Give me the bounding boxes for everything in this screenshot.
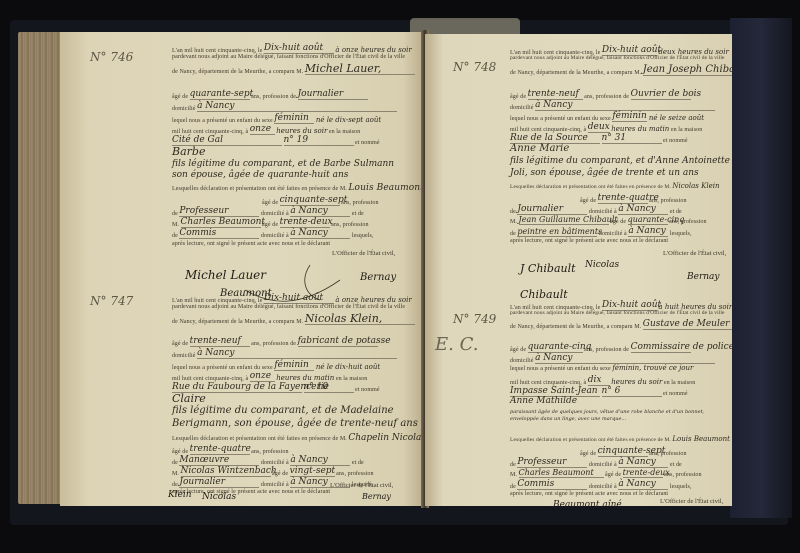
child-name: Claire <box>172 392 206 405</box>
printed-text: de <box>172 460 178 466</box>
officer-label: L'Officier de l'État civil, <box>663 250 726 257</box>
parents-line: son épouse, âgée de quarante-huit ans <box>172 170 348 180</box>
birth-hour: dix <box>588 376 610 386</box>
page-stack-edge <box>18 32 62 504</box>
act-entry-748: L'an mil huit cent cinquante-cinq, le Di… <box>510 46 732 256</box>
witness2-name: Nicolas Wintzenbach <box>181 467 271 477</box>
printed-text: M. <box>510 219 517 225</box>
officer-signature: Bernay <box>360 272 396 283</box>
printed-text: de <box>510 484 516 490</box>
printed-text: âgé de <box>262 222 278 228</box>
printed-text: en la maison <box>671 127 703 133</box>
printed-text: de <box>172 482 178 488</box>
printed-text: et de <box>352 460 364 466</box>
right-page: N° 748 L'an mil huit cent cinquante-cinq… <box>425 34 732 506</box>
printed-text: de Nancy, département de la Meurthe, a c… <box>172 69 303 75</box>
birth-date: né le seize août <box>649 114 704 122</box>
printed-text: domicilié à <box>589 484 617 490</box>
witness1-profession: Professeur <box>517 458 587 468</box>
birth-hour: onze <box>250 372 275 382</box>
parents-line: Joli, son épouse, âgée de trente et un a… <box>510 168 699 178</box>
left-page: N° 746 L'an mil huit cent cinquante-cinq… <box>60 32 425 506</box>
house-number: n° 10 <box>304 383 354 393</box>
printed-text: âgé de <box>172 94 188 100</box>
witness1-profession: Professeur <box>179 207 259 217</box>
officer-signature: Bernay <box>687 272 720 282</box>
act-entry-747: L'an mil huit cent cinquante-cinq, le Di… <box>172 294 422 494</box>
printed-text: Lesquelles déclaration et présentation o… <box>172 436 347 442</box>
printed-text: domicilié à <box>599 231 627 237</box>
declarant-age: trente-neuf <box>528 90 583 100</box>
signature: Klein <box>168 490 192 500</box>
printed-text: Lesquelles déclaration et présentation o… <box>510 437 671 443</box>
printed-text: ans, profession <box>336 471 374 477</box>
printed-text: ans, profession <box>341 200 379 206</box>
witness1-domicile: à Nancy <box>618 458 668 468</box>
margin-note: E. C. <box>435 334 478 355</box>
declarant-domicile: à Nancy <box>197 349 397 359</box>
declarant-domicile: à Nancy <box>197 102 397 112</box>
birth-hours-of: heures du soir <box>611 378 662 386</box>
declarant-domicile: à Nancy <box>535 354 715 364</box>
declarant-profession: Journalier <box>298 90 368 100</box>
printed-text: et nommé <box>355 140 380 146</box>
witness2-age: trente-deux <box>623 469 663 478</box>
parents-line: fils légitime du comparant, et de Barbe … <box>172 159 394 169</box>
act-entry-749: L'an mil huit cent cinquante-cinq, le Di… <box>510 301 732 506</box>
officer-label: L'Officier de l'État civil, <box>330 482 393 489</box>
witness1-domicile: à Nancy <box>290 207 350 217</box>
printed-text: de Nancy, département de la Meurthe, a c… <box>172 319 303 325</box>
witness2-name: Charles Beaumont <box>181 218 261 228</box>
witness2-profession: Journalier <box>179 478 259 488</box>
printed-text: ans, profession de <box>251 94 296 100</box>
house-number: n° 19 <box>284 136 354 146</box>
printed-text: ans, profession de <box>584 347 629 353</box>
birth-date: né le dix-huit août <box>316 363 380 371</box>
witness2-domicile: à Nancy <box>628 227 668 237</box>
witness1-age: cinquante-sept <box>598 447 648 457</box>
witness1-name: Chapelin Nicolas <box>348 433 425 443</box>
declarant-age: trente-neuf <box>190 337 250 347</box>
printed-text: lesquels, <box>670 231 692 237</box>
closing-text: après lecture, ont signé le présent acte… <box>510 491 668 497</box>
printed-text: de <box>510 209 516 215</box>
signature: Beaumont aîné <box>553 500 622 506</box>
child-name: Anne Marie <box>510 143 569 154</box>
printed-text: âgé de <box>510 94 526 100</box>
signature: Nicolas <box>585 260 619 270</box>
witness2-age: vingt-sept <box>290 467 335 477</box>
printed-text: pardevant nous adjoint au Maire délégué,… <box>172 304 405 310</box>
printed-text: âgé de <box>510 347 526 353</box>
printed-text: domicilié <box>172 353 196 359</box>
printed-text: âgé de <box>610 219 626 225</box>
printed-text: en la maison <box>329 129 361 135</box>
parents-line: fils légitime du comparant, et de Madela… <box>172 405 394 416</box>
child-sex: féminin <box>274 114 314 124</box>
act-entry-746: L'an mil huit cent cinquante-cinq, le Di… <box>172 44 422 254</box>
birth-hours-of: heures du matin <box>611 125 669 133</box>
birth-hours-of: heures du soir <box>276 127 327 135</box>
printed-text: domicilié <box>172 106 196 112</box>
printed-text: âgé de <box>172 341 188 347</box>
witness2-profession: Commis <box>517 480 587 490</box>
witness1-profession: Manœuvre <box>179 456 259 466</box>
signature: J Chibault <box>520 262 576 275</box>
witness2-profession: Commis <box>179 229 259 239</box>
printed-text: ans, profession <box>669 219 707 225</box>
printed-text: Lesquelles déclaration et présentation o… <box>172 186 347 192</box>
printed-text: et de <box>670 462 682 468</box>
printed-text: et nommé <box>355 387 380 393</box>
printed-text: domicilié <box>510 105 534 111</box>
declarant-age: quarante-sept <box>190 90 250 100</box>
book-cover-edge <box>730 18 792 518</box>
declarant-name: Gustave de Meuler <box>643 320 732 330</box>
printed-text: de Nancy, département de la Meurthe, a c… <box>510 70 641 76</box>
printed-text: ans, profession <box>331 222 369 228</box>
printed-text: ans, profession de <box>584 94 629 100</box>
officer-label: L'Officier de l'État civil, <box>332 250 395 257</box>
printed-text: ans, profession <box>664 472 702 478</box>
witness1-age: cinquante-sept <box>280 196 340 206</box>
act-number: N° 748 <box>453 60 496 74</box>
child-sex: féminin, trouvé ce jour <box>612 364 693 372</box>
printed-text: Lesquelles déclaration et présentation o… <box>510 184 671 190</box>
printed-text: de Nancy, département de la Meurthe, a c… <box>510 324 641 330</box>
signature: Nicolas <box>202 492 236 502</box>
act-number: N° 747 <box>90 294 133 308</box>
witness2-profession: peintre en bâtiments <box>517 228 597 237</box>
act-number: N° 746 <box>90 50 133 64</box>
house-number: n° 6 <box>602 387 662 397</box>
printed-text: de <box>510 231 516 237</box>
printed-text: domicilié <box>510 358 534 364</box>
printed-text: de <box>172 211 178 217</box>
parents-line: Berigmann, son épouse, âgée de trente-ne… <box>172 418 418 429</box>
closing-text: après lecture, ont signé le présent acte… <box>510 238 668 244</box>
printed-text: M. <box>172 222 179 228</box>
witness2-name: Jean Guillaume Chibault <box>519 216 609 225</box>
printed-text: âgé de <box>580 198 596 204</box>
closing-text: après lecture, ont signé le présent acte… <box>172 241 330 247</box>
officer-signature: Bernay <box>362 492 391 501</box>
printed-text: pardevant nous adjoint au Maire délégué,… <box>172 54 405 60</box>
child-sex: féminin <box>612 112 647 122</box>
printed-text: pardevant nous adjoint au Maire délégué,… <box>510 56 725 62</box>
signature: Chibault <box>520 288 568 301</box>
declarant-profession: fabricant de potasse <box>298 337 378 347</box>
witness2-name: Charles Beaumont <box>519 469 604 478</box>
witness1-name: Louis Beaumont <box>672 435 730 443</box>
witness2-domicile: à Nancy <box>290 229 350 239</box>
witness1-age: trente-quatre <box>598 194 648 204</box>
declarant-profession: Commissaire de police <box>631 343 691 353</box>
witness2-age: quarante-cinq <box>628 216 668 225</box>
printed-text: M. <box>510 472 517 478</box>
printed-text: en la maison <box>664 380 696 386</box>
handwritten-date: Dix-huit août <box>264 44 334 54</box>
house-number: n° 31 <box>602 134 662 144</box>
witness1-domicile: à Nancy <box>290 456 350 466</box>
birth-hour: deux <box>588 123 610 133</box>
witness1-name: Nicolas Klein <box>672 182 719 190</box>
printed-text: lesquels, <box>670 484 692 490</box>
birth-date: né le dix-sept août <box>316 116 381 124</box>
birth-hours-of: heures du matin <box>276 374 334 382</box>
printed-text: M. <box>172 471 179 477</box>
declarant-name: Michel Lauer, <box>305 63 415 75</box>
declarant-name: Nicolas Klein, <box>305 313 415 325</box>
printed-text: ans, profession <box>251 449 289 455</box>
declarant-name: Jean Joseph Chibault <box>643 65 732 76</box>
printed-text: de <box>172 233 178 239</box>
foundling-annotation: paraissant âgée de quelques jours, vêtue… <box>510 409 704 422</box>
officer-label: L'Officier de l'État civil, <box>660 498 723 505</box>
printed-text: domicilié à <box>261 233 289 239</box>
printed-text: et nommé <box>663 138 688 144</box>
child-sex: féminin <box>274 361 314 371</box>
printed-text: domicilié à <box>261 482 289 488</box>
printed-text: en la maison <box>336 376 368 382</box>
printed-text: lesquels, <box>352 233 374 239</box>
printed-text: ans, profession de <box>251 341 296 347</box>
child-name: Anne Mathilde <box>510 396 577 406</box>
handwritten-date: Dix-huit août <box>264 294 334 304</box>
witness2-age: trente-deux <box>280 218 330 228</box>
birth-hour: onze <box>250 125 275 135</box>
printed-text: âgé de <box>605 472 621 478</box>
witness1-age: trente-quatre <box>190 445 250 455</box>
printed-text: âgé de <box>580 451 596 457</box>
handwritten-time: à onze heures du soir <box>335 296 411 304</box>
printed-text: pardevant nous adjoint au Maire délégué,… <box>510 311 725 317</box>
printed-text: et de <box>352 211 364 217</box>
handwritten-time: à onze heures du soir <box>335 46 411 54</box>
closing-text: après lecture, ont signé le présent acte… <box>172 489 330 495</box>
act-number: N° 749 <box>453 312 496 326</box>
printed-text: et nommé <box>663 391 688 397</box>
witness1-domicile: à Nancy <box>618 205 668 215</box>
child-name: Barbe <box>172 145 205 158</box>
witness2-domicile: à Nancy <box>618 480 668 490</box>
declarant-domicile: à Nancy <box>535 101 715 111</box>
witness-intro: Lesquelles déclaration et présentation o… <box>172 184 424 193</box>
parents-line: fils légitime du comparant, et d'Anne An… <box>510 156 730 166</box>
printed-text: âgé de <box>262 200 278 206</box>
declarant-age: quarante-cinq <box>528 343 583 353</box>
witness1-profession: Journalier <box>517 205 587 215</box>
declarant-profession: Ouvrier de bois <box>631 90 691 100</box>
printed-text: âgé de <box>272 471 288 477</box>
witness1-name: Louis Beaumont <box>348 183 423 193</box>
printed-text: de <box>510 462 516 468</box>
printed-text: lequel nous a présenté un enfant du sexe <box>510 366 611 372</box>
